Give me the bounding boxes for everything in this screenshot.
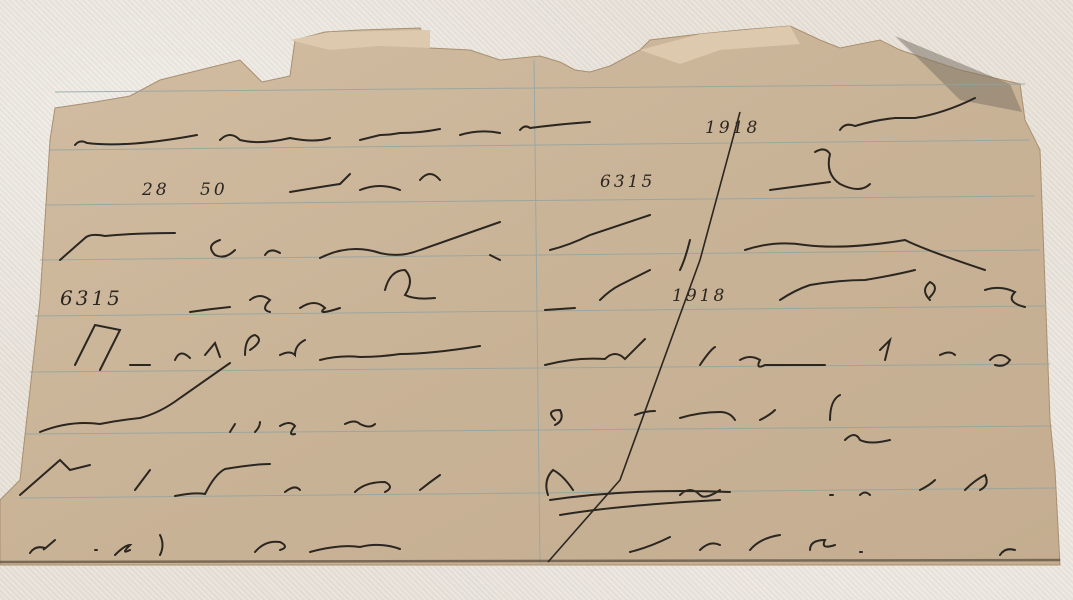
paper-illustration (0, 0, 1073, 600)
paper-sheet (0, 26, 1060, 565)
numeral-6315-left: 6315 (60, 286, 123, 310)
numeral-28: 28 (142, 180, 170, 200)
numeral-6315-right: 6315 (600, 172, 655, 192)
shorthand-note-paper: 28 50 1918 6315 6315 1918 Handwritten sh… (0, 0, 1073, 600)
numeral-1918-middle: 1918 (672, 286, 727, 306)
numeral-1918-top: 1918 (705, 118, 760, 138)
numeral-50: 50 (200, 180, 228, 200)
